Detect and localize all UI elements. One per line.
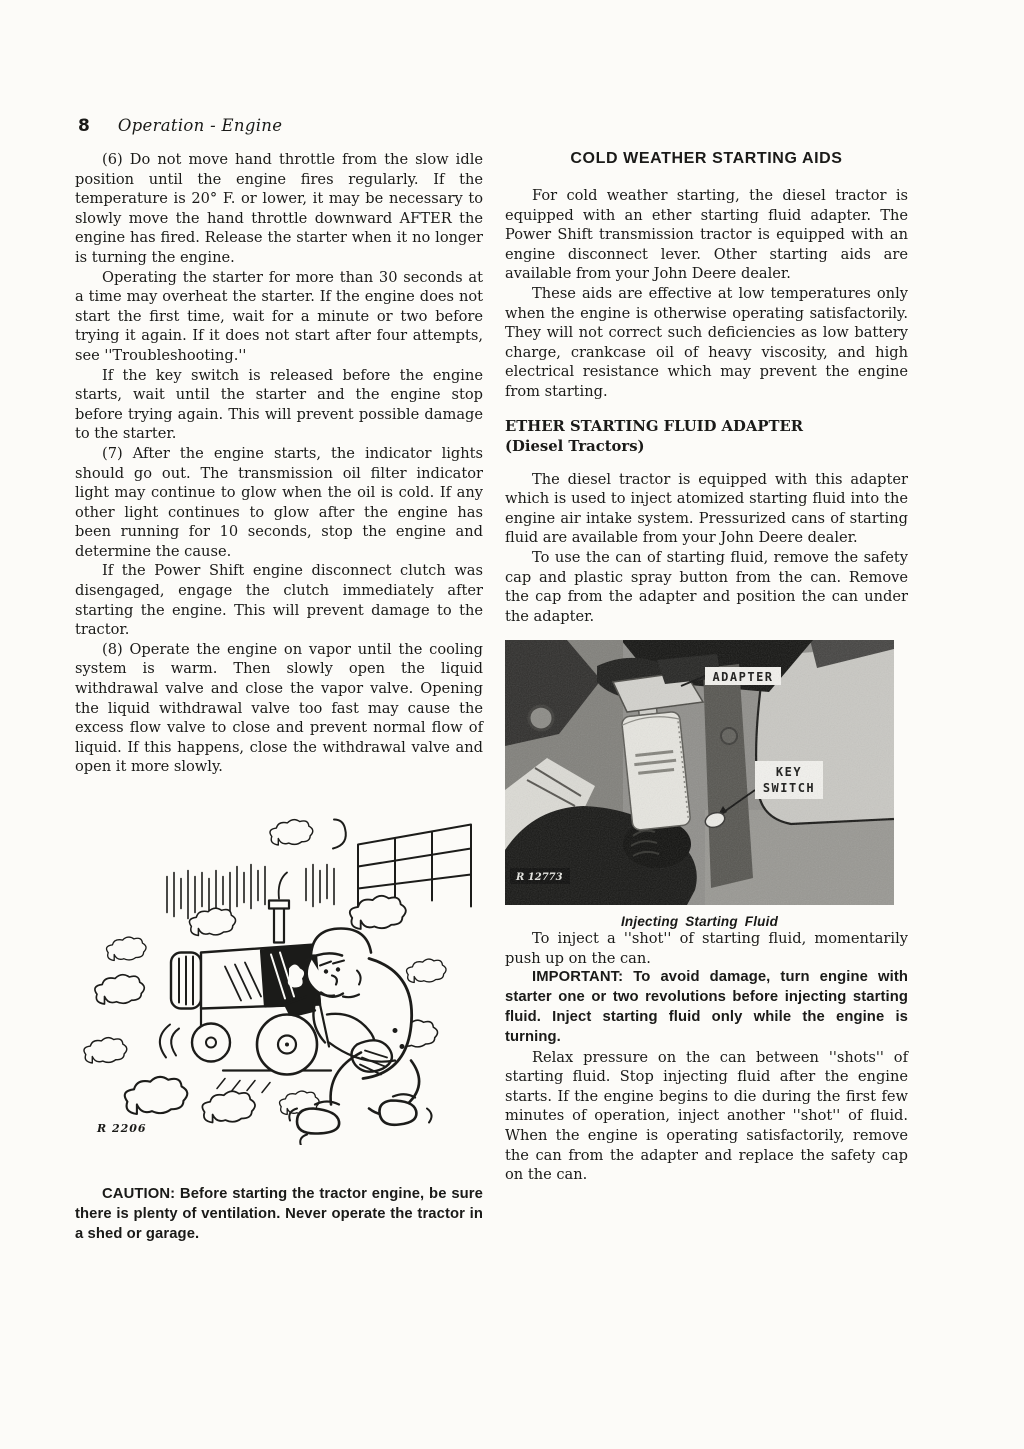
- right-column: COLD WEATHER STARTING AIDS For cold weat…: [505, 150, 908, 1185]
- manual-page: 8 Operation - Engine (6) Do not move han…: [0, 0, 1024, 1449]
- smoke-streaks: [167, 865, 334, 919]
- caution-paragraph: CAUTION: Before starting the tractor eng…: [75, 1185, 483, 1244]
- paragraph-adapter-desc: The diesel tractor is equipped with this…: [505, 470, 908, 548]
- page-header: 8 Operation - Engine: [78, 116, 282, 136]
- smoke-curl: [333, 820, 346, 849]
- starting-fluid-photo-figure: ADAPTER KEY SWITCH R 12773 Injecting Sta…: [505, 640, 894, 929]
- paragraph-use-can: To use the can of starting fluid, remove…: [505, 548, 908, 626]
- cartoon-art-code: R 2206: [97, 1122, 147, 1135]
- paragraph-aids-effective: These aids are effective at low temperat…: [505, 284, 908, 402]
- tractor: [160, 873, 331, 1093]
- paragraph-inject-shot: To inject a ''shot'' of starting fluid, …: [505, 929, 908, 968]
- section-heading: COLD WEATHER STARTING AIDS: [505, 150, 908, 168]
- paragraph-starter-overheat: Operating the starter for more than 30 s…: [75, 268, 483, 366]
- ventilation-cartoon-figure: R 2206: [75, 807, 475, 1145]
- subsection-heading: ETHER STARTING FLUID ADAPTER (Diesel Tra…: [505, 417, 908, 457]
- paragraph-key-switch: If the key switch is released before the…: [75, 366, 483, 444]
- paragraph-cold-weather: For cold weather starting, the diesel tr…: [505, 186, 908, 284]
- important-paragraph: IMPORTANT: To avoid damage, turn engine …: [505, 968, 908, 1047]
- tractor-cartoon-illustration: [75, 807, 475, 1145]
- paragraph-relax-pressure: Relax pressure on the can between ''shot…: [505, 1048, 908, 1185]
- left-column: (6) Do not move hand throttle from the s…: [75, 150, 483, 1244]
- paragraph-power-shift: If the Power Shift engine disconnect clu…: [75, 561, 483, 639]
- starting-fluid-photo: ADAPTER KEY SWITCH R 12773: [505, 640, 894, 905]
- paragraph-6: (6) Do not move hand throttle from the s…: [75, 150, 483, 268]
- photo-caption: Injecting Starting Fluid: [505, 914, 894, 929]
- subsection-heading-line1: ETHER STARTING FLUID ADAPTER: [505, 418, 803, 435]
- page-number: 8: [78, 116, 90, 136]
- paragraph-8: (8) Operate the engine on vapor until th…: [75, 640, 483, 777]
- page-title: Operation - Engine: [118, 116, 282, 135]
- paragraph-7: (7) After the engine starts, the indicat…: [75, 444, 483, 562]
- subsection-heading-line2: (Diesel Tractors): [505, 438, 645, 455]
